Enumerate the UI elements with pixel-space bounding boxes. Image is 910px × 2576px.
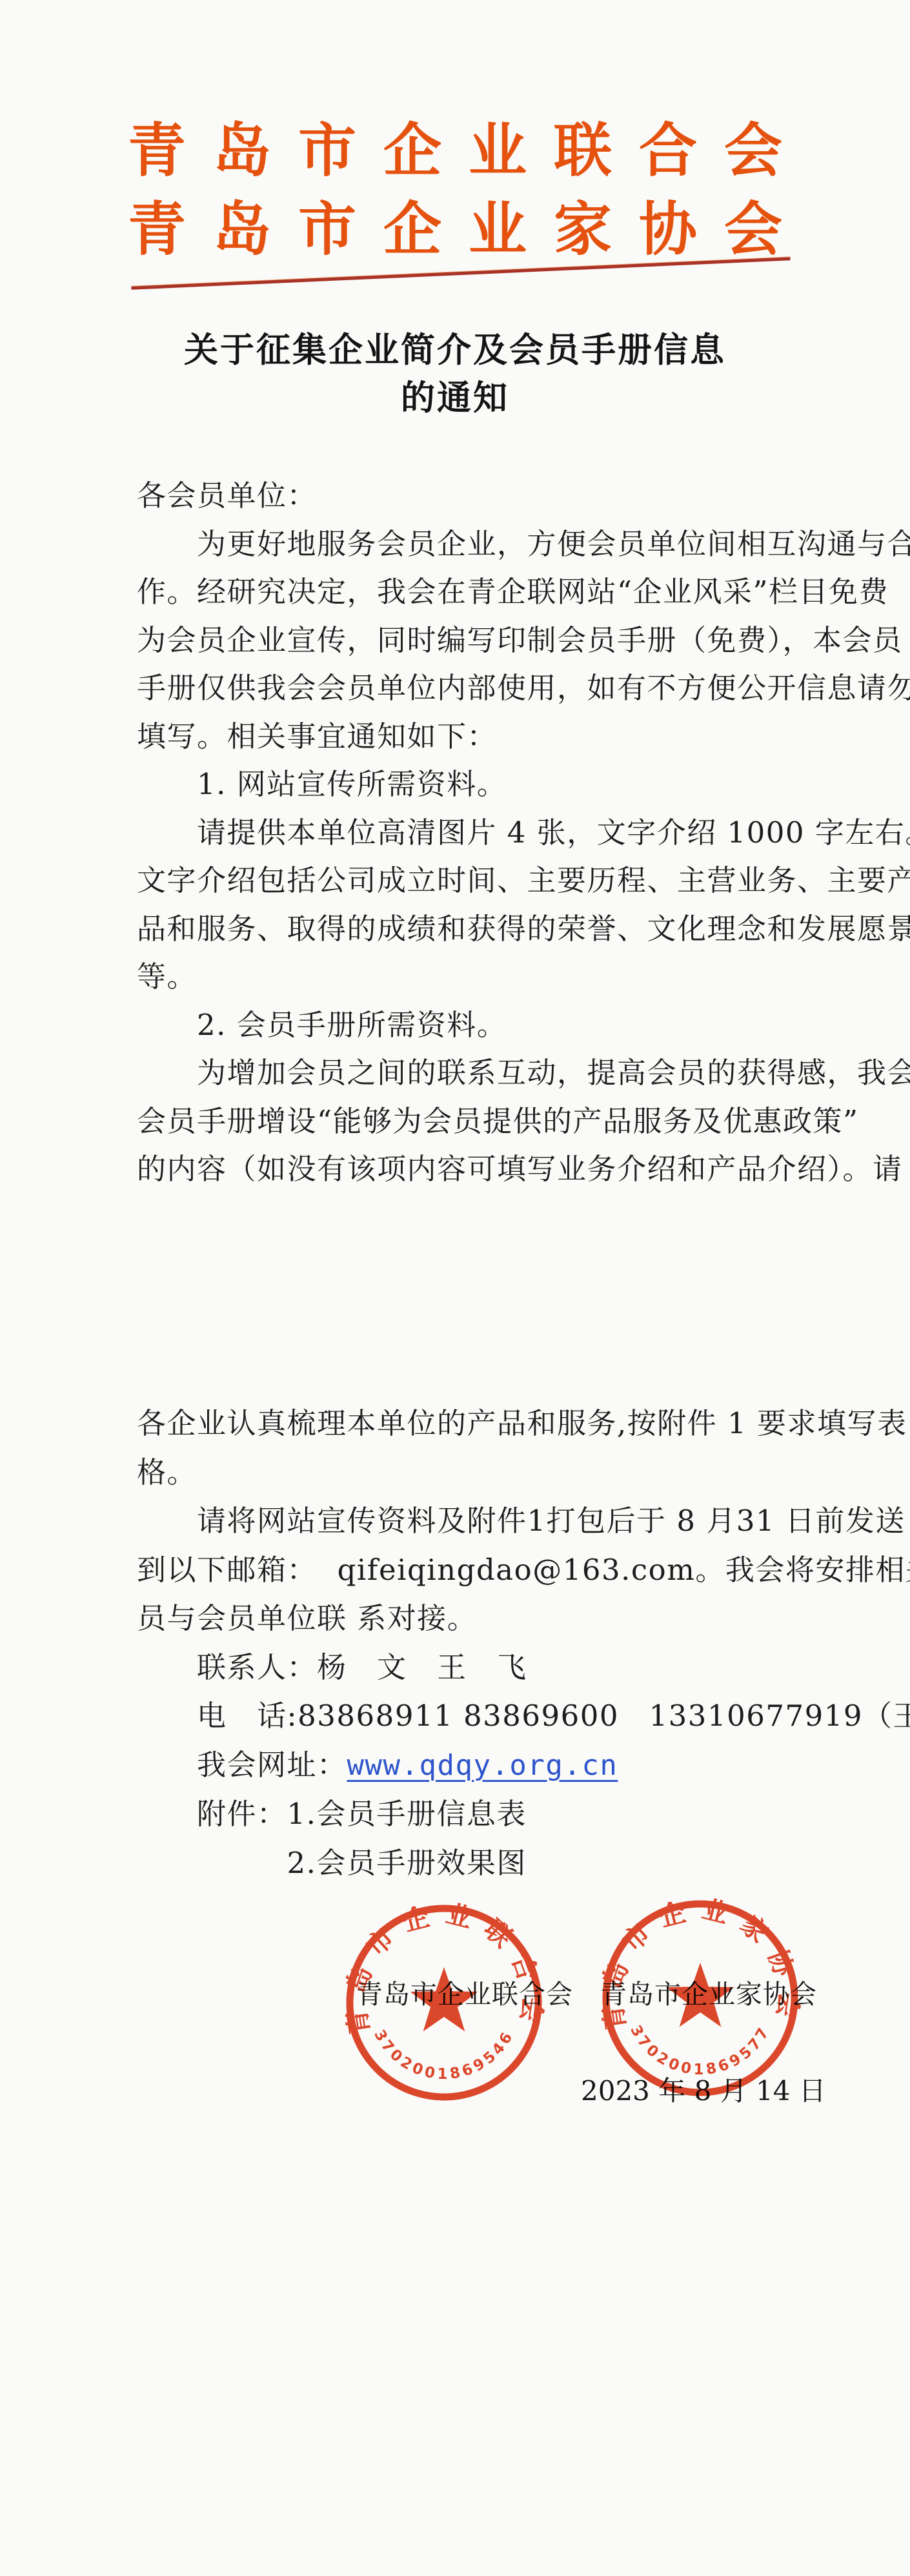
body-line: 请提供本单位高清图片 4 张，文字介绍 1000 字左右。 [137,809,910,857]
body-line: 品和服务、取得的成绩和获得的荣誉、文化理念和发展愿景 [137,905,910,954]
list-item-1: 1. 网站宣传所需资料。 [137,761,910,809]
body-line: 格。 [137,1448,910,1497]
svg-text:3702001869546: 3702001869546 [370,2027,518,2083]
signature-orgs: 青岛市企业联合会 青岛市企业家协会 [356,1973,817,2011]
body-line: 为增加会员之间的联系互动，提高会员的获得感，我会 [137,1049,910,1098]
email-line: 到以下邮箱： qifeiqingdao@163.com。我会将安排相关人 [137,1546,910,1595]
contact-person-line: 联系人：杨 文 王 飞 [137,1643,910,1692]
body-line: 的内容（如没有该项内容可填写业务介绍和产品介绍）。请 [137,1145,910,1194]
website-line: 我会网址：www.qdqy.org.cn [137,1741,910,1790]
body-line: 等。 [137,953,910,1001]
body-line: 为会员企业宣传，同时编写印制会员手册（免费），本会员 [137,617,910,665]
body-line: 各企业认真梳理本单位的产品和服务,按附件 1 要求填写表 [137,1399,910,1448]
scanned-notice-page: 青岛市企业联合会 青岛市企业家协会 关于征集企业简介及会员手册信息 的通知 各会… [0,0,910,2576]
body-line: 会员手册增设“能够为会员提供的产品服务及优惠政策” [137,1098,910,1146]
signature-date: 2023 年 8 月 14 日 [581,2070,826,2109]
body-upper: 各会员单位： 为更好地服务会员企业，方便会员单位间相互沟通与合 作。经研究决定，… [137,472,910,1194]
letterhead: 青岛市企业联合会 青岛市企业家协会 [0,111,910,269]
body-line: 请将网站宣传资料及附件1打包后于 8 月31 日前发送 [137,1497,910,1546]
body-line: 员与会员单位联 系对接。 [137,1594,910,1643]
body-line: 填写。相关事宜通知如下： [137,713,910,761]
attachment-line-2: 2.会员手册效果图 [137,1839,910,1888]
notice-title-line-1: 关于征集企业简介及会员手册信息 [0,327,910,374]
body-line: 手册仅供我会会员单位内部使用，如有不方便公开信息请勿 [137,664,910,713]
notice-title-line-2: 的通知 [0,374,910,422]
list-item-2: 2. 会员手册所需资料。 [137,1001,910,1050]
attachment-line-1: 附件：1.会员手册信息表 [137,1790,910,1839]
body-line: 文字介绍包括公司成立时间、主要历程、主营业务、主要产 [137,857,910,905]
notice-title: 关于征集企业简介及会员手册信息 的通知 [0,327,910,422]
website-label: 我会网址： [137,1748,347,1782]
body-line: 作。经研究决定，我会在青企联网站“企业风采”栏目免费 [137,568,910,617]
seal-serial-number: 3702001869546 [370,2027,518,2083]
letterhead-org-2: 青岛市企业家协会 [0,190,910,269]
phone-line: 电 话:83868911 83869600 13310677919（王飞微信） [137,1692,910,1741]
letterhead-org-1: 青岛市企业联合会 [0,111,910,190]
website-link[interactable]: www.qdqy.org.cn [347,1749,618,1782]
body-lower: 各企业认真梳理本单位的产品和服务,按附件 1 要求填写表 格。 请将网站宣传资料… [137,1399,910,1887]
salutation: 各会员单位： [137,472,910,520]
body-line: 为更好地服务会员企业，方便会员单位间相互沟通与合 [137,520,910,569]
